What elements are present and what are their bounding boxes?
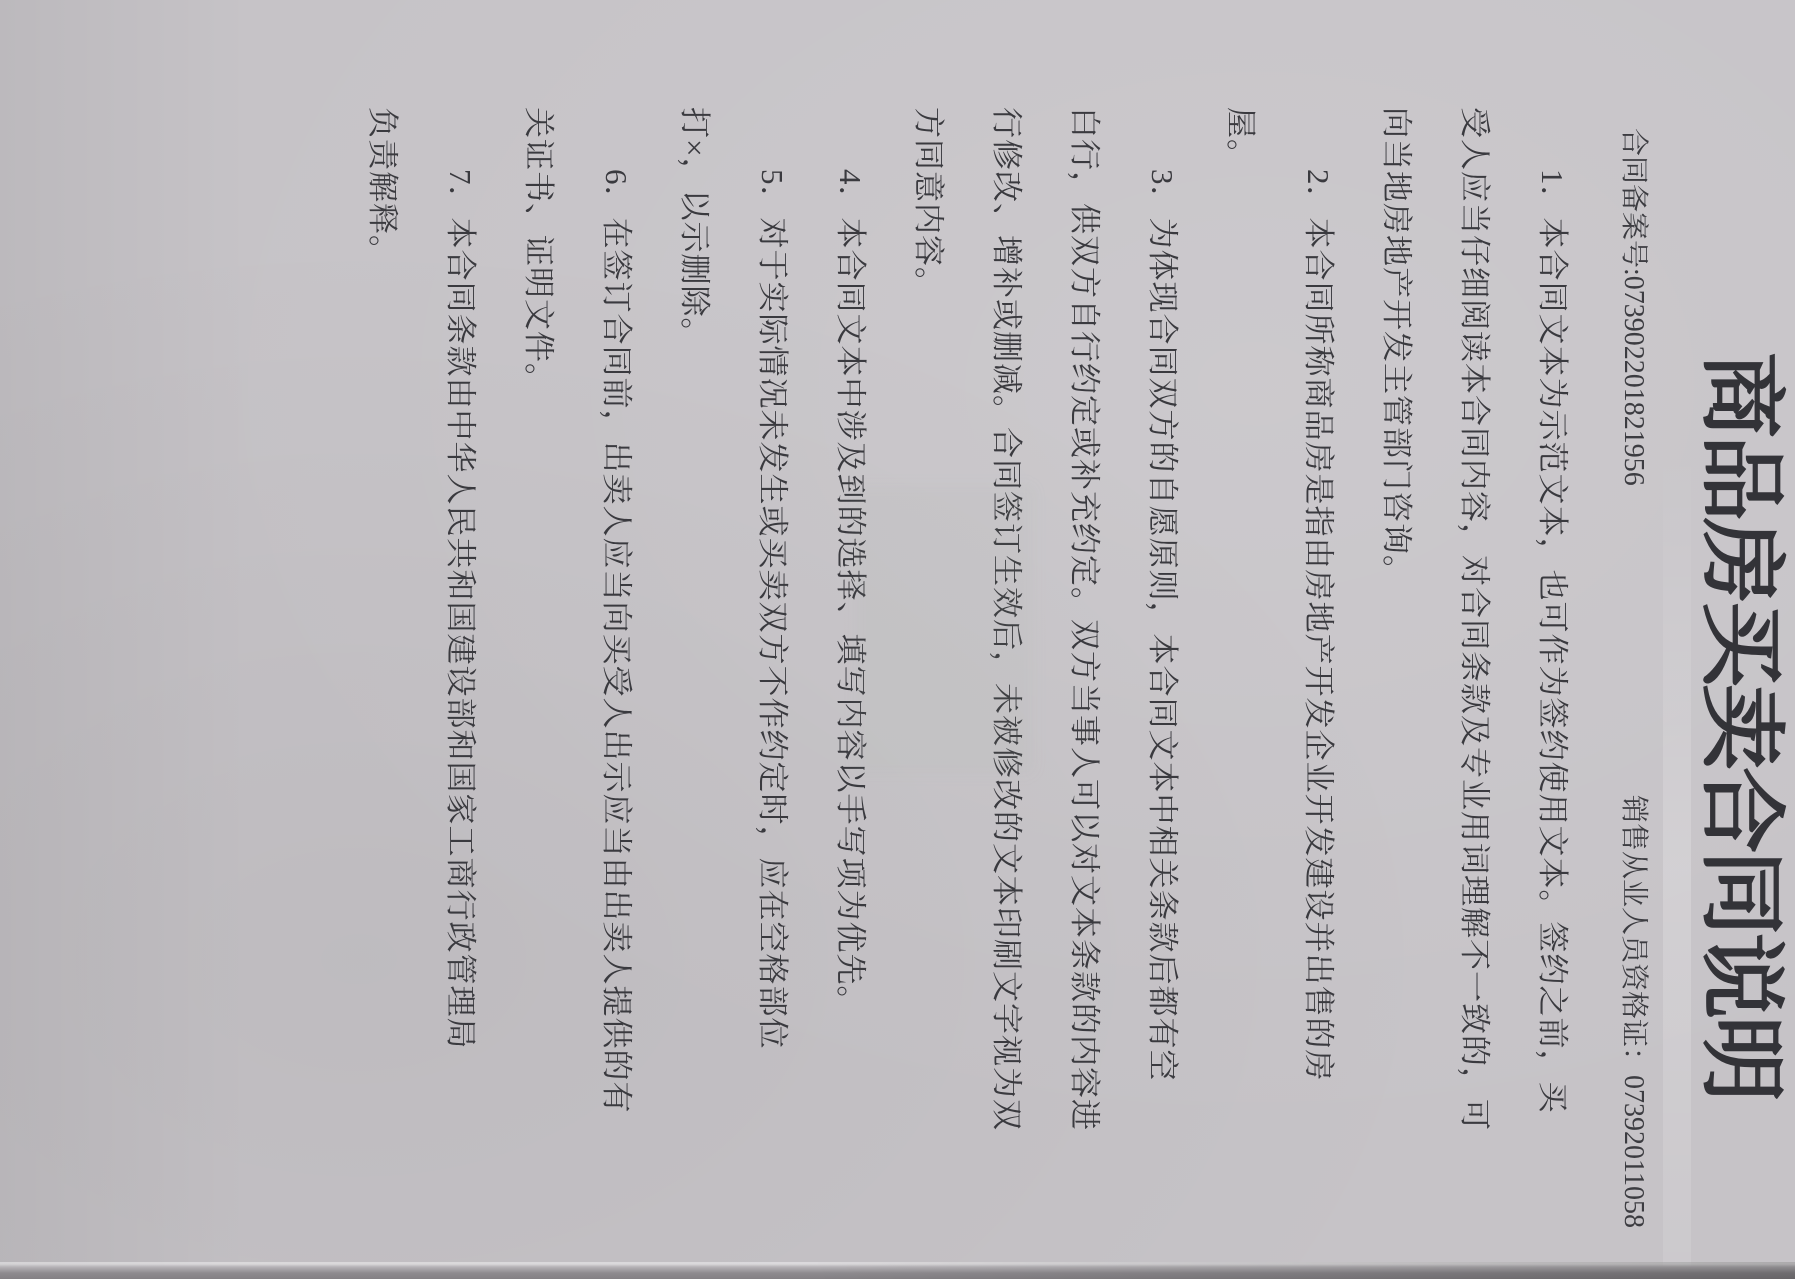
sales-qualification-number: 销售从业人员资格证：07392011058: [1613, 795, 1653, 1228]
document-title: 商品房买卖合同说明: [1689, 352, 1793, 1099]
document-header: 合同备案号:073902201821956 销售从业人员资格证：07392011…: [1613, 0, 1653, 1279]
contract-line-10: 4．本合同文本中涉及到的选择、填写内容以手写项为优先。: [811, 107, 889, 1187]
contract-line-7: 白行，供双方自行约定或补充约定。双方当事人可以对文本条款的内容进: [1045, 107, 1123, 1187]
contract-line-3: 向当地房地产开发主管部门咨询。: [1357, 107, 1435, 1187]
contract-line-16: 负责解释。: [343, 107, 421, 1187]
table-edge-shadow: [0, 1262, 1795, 1279]
contract-body: 1．本合同文本为示范文本，也可作为签约使用文本。签约之前，买 受人应当仔细阅读本…: [343, 107, 1591, 1187]
contract-line-1: 1．本合同文本为示范文本，也可作为签约使用文本。签约之前，买: [1513, 107, 1591, 1187]
contract-line-6: 3．为体现合同双方的自愿原则，本合同文本中相关条款后都有空: [1123, 107, 1201, 1187]
contract-line-9: 方同意内容。: [889, 107, 967, 1187]
contract-line-2: 受人应当仔细阅读本合同内容，对合同条款及专业用词理解不一致的，可: [1435, 107, 1513, 1187]
contract-line-5: 屋。: [1201, 107, 1279, 1187]
contract-line-15: 7．本合同条款由中华人民共和国建设部和国家工商行政管理局: [421, 107, 499, 1187]
contract-line-4: 2．本合同所称商品房是指由房地产开发企业开发建设并出售的房: [1279, 107, 1357, 1187]
contract-line-12: 打×，以示删除。: [655, 107, 733, 1187]
contract-page: 商品房买卖合同说明 合同备案号:073902201821956 销售从业人员资格…: [0, 0, 1795, 1279]
contract-line-8: 行修改、增补或删减。合同签订生效后，未被修改的文本印刷文字视为双: [967, 107, 1045, 1187]
contract-line-14: 关证书、证明文件。: [499, 107, 577, 1187]
paper-sheen: [1663, 0, 1691, 1279]
contract-registration-number: 合同备案号:073902201821956: [1613, 128, 1653, 486]
contract-line-11: 5．对于实际情况未发生或买卖双方不作约定时，应在空格部位: [733, 107, 811, 1187]
contract-photo: 商品房买卖合同说明 合同备案号:073902201821956 销售从业人员资格…: [0, 0, 1795, 1279]
contract-line-13: 6．在签订合同前，出卖人应当向买受人出示应当由出卖人提供的有: [577, 107, 655, 1187]
